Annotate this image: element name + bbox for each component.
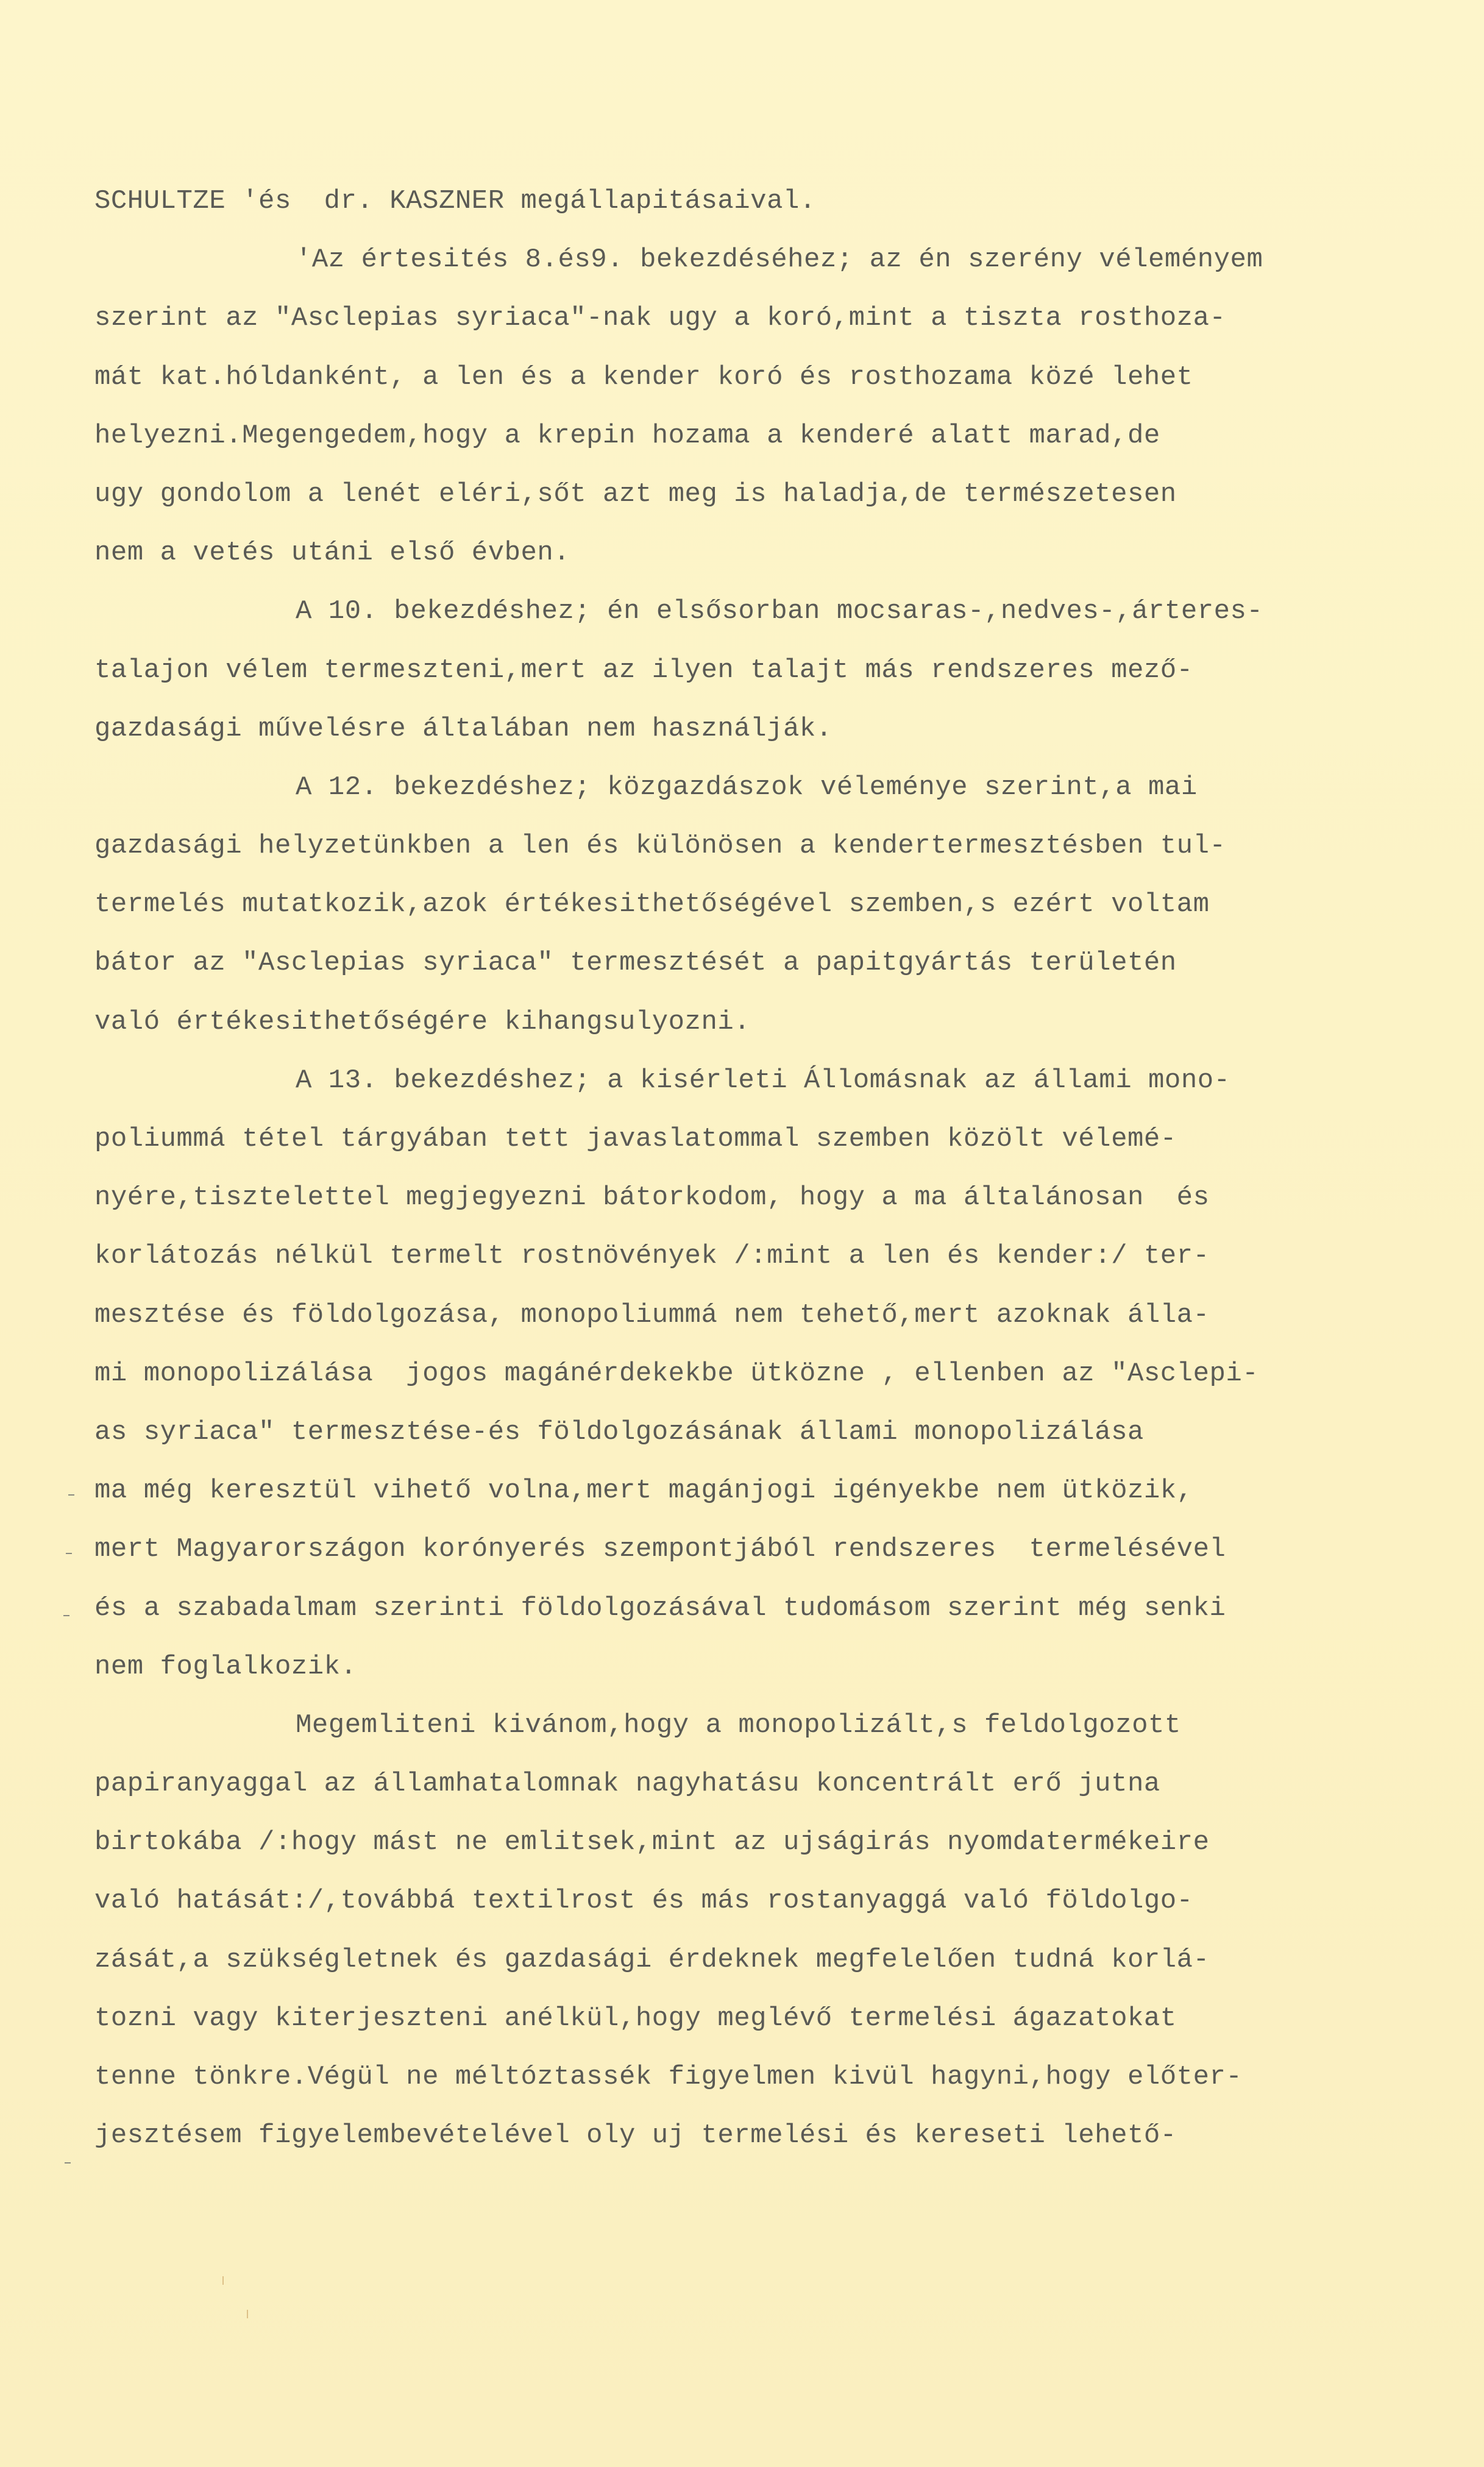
- text-line: talajon vélem termeszteni,mert az ilyen …: [94, 641, 1435, 700]
- text-line: gazdasági művelésre általában nem haszná…: [94, 700, 1435, 758]
- text-line: as syriaca" termesztése-és földolgozásán…: [94, 1403, 1435, 1461]
- margin-mark: [65, 2162, 71, 2164]
- text-line: nem foglalkozik.: [94, 1638, 1435, 1696]
- text-line: nyére,tisztelettel megjegyezni bátorkodo…: [94, 1168, 1435, 1227]
- text-line: mát kat.hóldanként, a len és a kender ko…: [94, 348, 1435, 406]
- text-line: mi monopolizálása jogos magánérdekekbe ü…: [94, 1344, 1435, 1403]
- paper-fleck: [247, 2310, 248, 2318]
- text-line: való hatását:/,továbbá textilrost és más…: [94, 1872, 1435, 1930]
- text-line: korlátozás nélkül termelt rostnövények /…: [94, 1227, 1435, 1285]
- text-line: ma még keresztül vihető volna,mert magán…: [94, 1461, 1435, 1520]
- text-line: birtokába /:hogy mást ne emlitsek,mint a…: [94, 1813, 1435, 1872]
- margin-mark: [63, 1615, 69, 1616]
- text-line: mert Magyarországon korónyerés szempontj…: [94, 1520, 1435, 1578]
- document-body: SCHULTZE 'és dr. KASZNER megállapitásaiv…: [94, 172, 1435, 2165]
- text-line: bátor az "Asclepias syriaca" termesztésé…: [94, 934, 1435, 992]
- text-line: szerint az "Asclepias syriaca"-nak ugy a…: [94, 289, 1435, 347]
- paragraph-start-line: A 10. bekezdéshez; én elsősorban mocsara…: [94, 582, 1435, 641]
- text-line: való értékesithetőségére kihangsulyozni.: [94, 993, 1435, 1051]
- text-line: SCHULTZE 'és dr. KASZNER megállapitásaiv…: [94, 172, 1435, 230]
- text-line: mesztése és földolgozása, monopoliummá n…: [94, 1286, 1435, 1344]
- paragraph-start-line: 'Az értesités 8.és9. bekezdéséhez; az én…: [94, 230, 1435, 289]
- text-line: gazdasági helyzetünkben a len és különös…: [94, 817, 1435, 875]
- text-line: tenne tönkre.Végül ne méltóztassék figye…: [94, 2048, 1435, 2106]
- margin-mark: [68, 1494, 74, 1496]
- text-line: poliummá tétel tárgyában tett javaslatom…: [94, 1110, 1435, 1168]
- paper-fleck: [222, 2276, 224, 2285]
- text-line: papiranyaggal az államhatalomnak nagyhat…: [94, 1755, 1435, 1813]
- text-line: tozni vagy kiterjeszteni anélkül,hogy me…: [94, 1989, 1435, 2048]
- text-line: és a szabadalmam szerinti földolgozásáva…: [94, 1579, 1435, 1638]
- text-line: termelés mutatkozik,azok értékesithetősé…: [94, 875, 1435, 934]
- text-line: ugy gondolom a lenét eléri,sőt azt meg i…: [94, 465, 1435, 524]
- paragraph-start-line: Megemliteni kivánom,hogy a monopolizált,…: [94, 1696, 1435, 1755]
- text-line: jesztésem figyelembevételével oly uj ter…: [94, 2106, 1435, 2165]
- text-line: helyezni.Megengedem,hogy a krepin hozama…: [94, 406, 1435, 465]
- text-line: zását,a szükségletnek és gazdasági érdek…: [94, 1931, 1435, 1989]
- text-line: nem a vetés utáni első évben.: [94, 524, 1435, 582]
- paragraph-start-line: A 13. bekezdéshez; a kisérleti Állomásna…: [94, 1051, 1435, 1110]
- margin-mark: [66, 1553, 72, 1554]
- typewritten-page: SCHULTZE 'és dr. KASZNER megállapitásaiv…: [0, 0, 1484, 2467]
- paragraph-start-line: A 12. bekezdéshez; közgazdászok vélemény…: [94, 758, 1435, 817]
